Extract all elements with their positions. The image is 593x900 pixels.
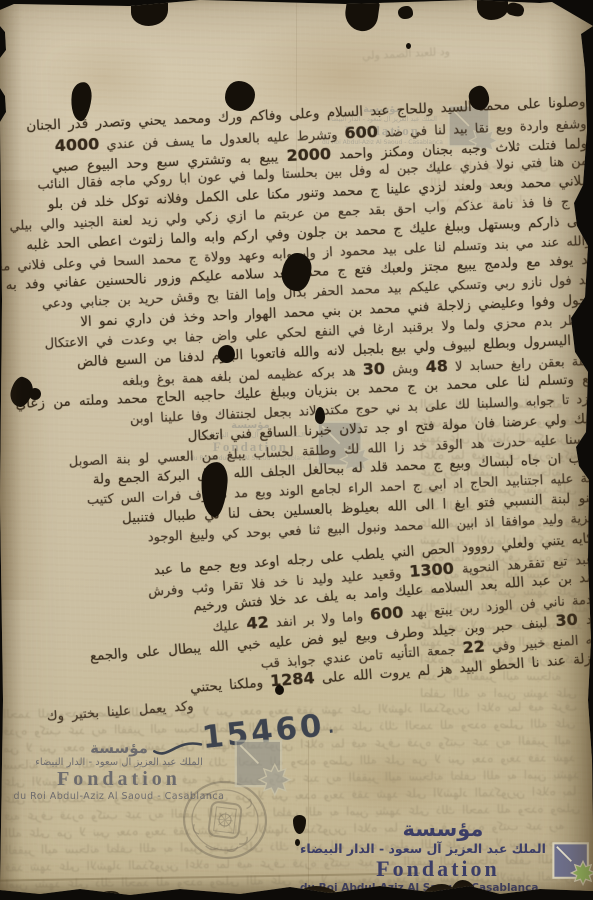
- ink-blot: [131, 0, 168, 26]
- ink-blot: [295, 839, 300, 846]
- stain: [320, 740, 460, 820]
- manuscript-lines: وصلونا على محمد السيد وللحاج عبد السلام …: [7, 93, 593, 712]
- ink-blot: [398, 6, 413, 19]
- ink-blot: [504, 1, 525, 19]
- ink-blot: [477, 0, 508, 20]
- foundation-arabic-subtitle: الملك عبد العزيز آل سعود - الدار البيضاء: [300, 841, 546, 856]
- edge-shadow: [0, 0, 22, 900]
- foundation-arabic-title: مؤسسة: [402, 817, 483, 841]
- ink-blot: [519, 893, 591, 900]
- foundation-french-title: Fondation: [57, 768, 181, 791]
- notary-seal-stamp: [174, 773, 276, 868]
- faint-annotation: ود للعبد الصمد ولي: [330, 45, 451, 64]
- accession-dot: .: [325, 709, 336, 740]
- edge-shadow: [547, 0, 593, 900]
- manuscript-paper: الحمد لله وحده وصلى الله على من لا نبي ب…: [0, 0, 593, 900]
- stain: [40, 35, 170, 120]
- fold-crease: [308, 740, 309, 898]
- ink-blot: [225, 81, 255, 111]
- ink-blot: [293, 815, 306, 834]
- foundation-arabic-title: مؤسسة: [90, 739, 148, 757]
- scan-background: الحمد لله وحده وصلى الله على من لا نبي ب…: [0, 0, 593, 900]
- edge-shadow: [0, 878, 593, 900]
- ink-blot: [343, 0, 380, 33]
- pen-flourish: [148, 718, 204, 763]
